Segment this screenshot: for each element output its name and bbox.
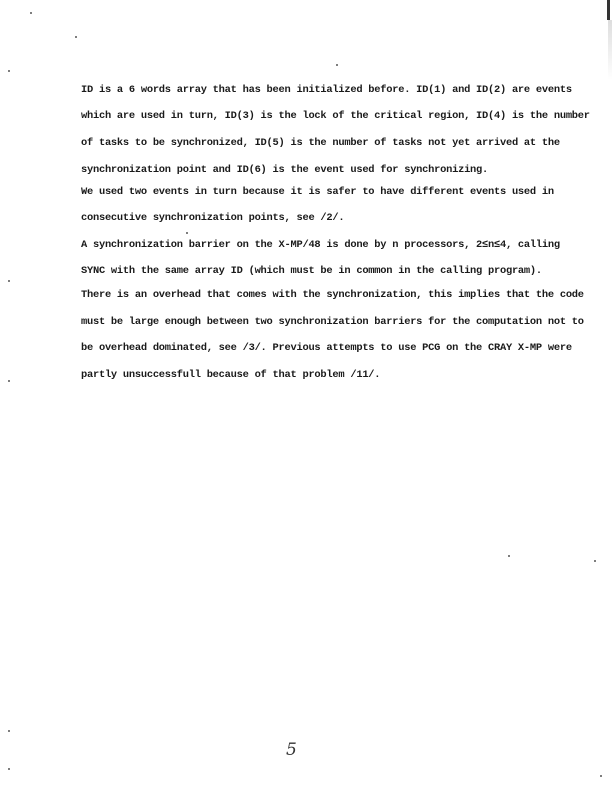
scan-speck (8, 380, 10, 382)
text-line: A synchronization barrier on the X-MP/48… (81, 239, 560, 251)
scan-speck (336, 64, 338, 66)
text-line: partly unsuccessfull because of that pro… (81, 369, 380, 381)
scan-speck (8, 70, 10, 72)
scan-speck (75, 36, 77, 38)
document-page: ID is a 6 words array that has been init… (0, 0, 612, 791)
scan-speck (8, 768, 10, 770)
text-line: There is an overhead that comes with the… (81, 289, 584, 301)
scan-edge-mark (607, 0, 610, 20)
scan-speck (8, 730, 10, 732)
text-line: be overhead dominated, see /3/. Previous… (81, 342, 572, 354)
text-line: We used two events in turn because it is… (81, 186, 554, 198)
scan-speck (594, 560, 596, 562)
text-line: SYNC with the same array ID (which must … (81, 265, 542, 277)
scan-speck (508, 555, 510, 557)
page-number: 5 (286, 740, 297, 760)
text-line: consecutive synchronization points, see … (81, 212, 344, 224)
scan-speck (186, 232, 188, 234)
text-line: must be large enough between two synchro… (81, 316, 584, 328)
scan-speck (8, 280, 10, 282)
text-line: ID is a 6 words array that has been init… (81, 84, 572, 96)
scan-edge-scuff (608, 20, 612, 80)
text-line: of tasks to be synchronized, ID(5) is th… (81, 137, 560, 149)
scan-speck (600, 775, 602, 777)
text-line: which are used in turn, ID(3) is the loc… (81, 110, 590, 122)
text-line: synchronization point and ID(6) is the e… (81, 164, 488, 176)
scan-speck (30, 12, 32, 14)
